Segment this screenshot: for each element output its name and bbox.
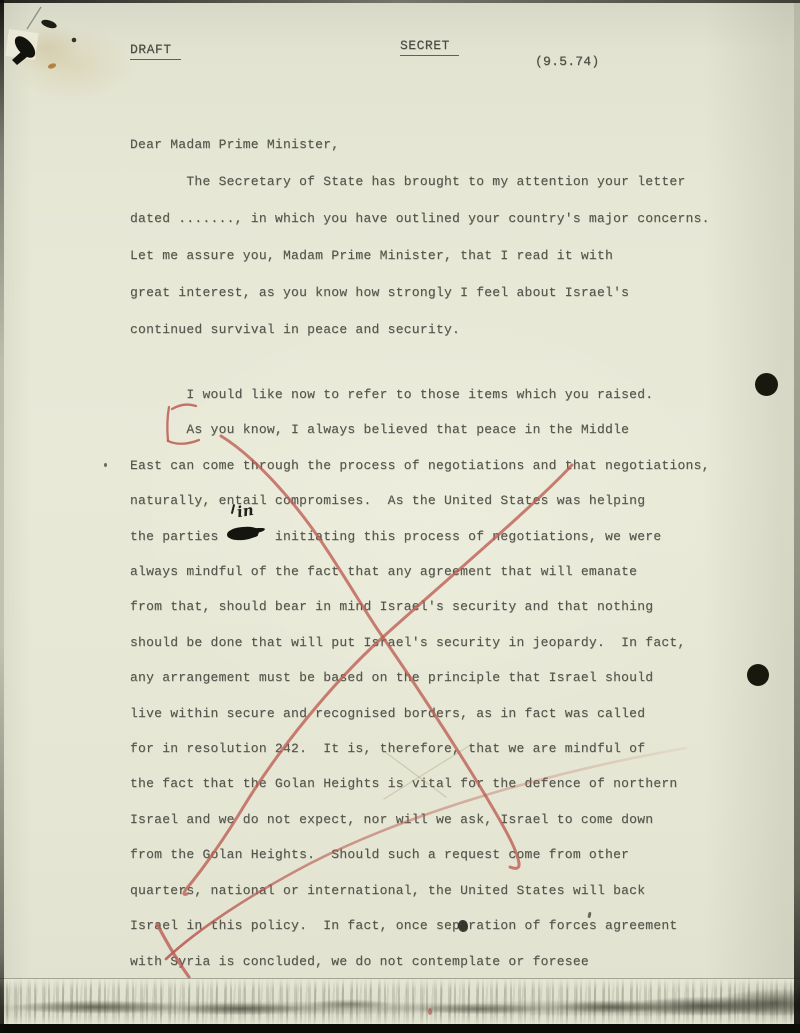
typed-line: live within secure and recognised border… <box>130 696 750 731</box>
ink-blot <box>0 0 120 95</box>
scan-edge-top <box>0 0 800 3</box>
handwritten-insertion: in <box>236 501 255 521</box>
ink-blot-main <box>11 33 39 62</box>
scratch-mark <box>27 7 41 29</box>
opening-paragraph: The Secretary of State has brought to my… <box>130 163 750 348</box>
scan-edge-left <box>0 0 4 1033</box>
typed-line: from that, should bear in mind Israel's … <box>130 589 750 624</box>
typed-line: quarters, national or international, the… <box>130 873 750 908</box>
document-page: DRAFT SECRET (9.5.74) Dear Madam Prime M… <box>0 0 800 1033</box>
classification-label: SECRET <box>400 38 459 56</box>
typed-line: The Secretary of State has brought to my… <box>130 163 750 200</box>
typed-line: from the Golan Heights. Should such a re… <box>130 837 750 872</box>
salutation: Dear Madam Prime Minister, <box>130 126 750 163</box>
typed-line: I would like now to refer to those items… <box>130 377 750 412</box>
typed-line: great interest, as you know how strongly… <box>130 274 750 311</box>
typed-line: should be done that will put Israel's se… <box>130 625 750 660</box>
typed-line: Israel and we do not expect, nor will we… <box>130 802 750 837</box>
typed-line: As you know, I always believed that peac… <box>130 412 750 447</box>
typed-line: any arrangement must be based on the pri… <box>130 660 750 695</box>
paper-patch <box>5 29 38 60</box>
typed-line: naturally, entail compromises. As the Un… <box>130 483 750 518</box>
stray-ink-dot <box>104 463 107 467</box>
ink-speck <box>72 38 77 43</box>
salutation-block: Dear Madam Prime Minister, <box>130 126 750 163</box>
typed-line: Let me assure you, Madam Prime Minister,… <box>130 237 750 274</box>
ink-blot-tail <box>12 51 27 65</box>
date-label: (9.5.74) <box>535 54 599 69</box>
draft-label: DRAFT <box>130 42 181 60</box>
main-paragraph: I would like now to refer to those items… <box>130 377 750 979</box>
rust-speck <box>47 62 57 69</box>
typed-line: for in resolution 242. It is, therefore,… <box>130 731 750 766</box>
typed-line: continued survival in peace and security… <box>130 311 750 348</box>
scan-noise-band <box>0 978 800 1025</box>
typed-line: East can come through the process of neg… <box>130 448 750 483</box>
scan-edge-right <box>794 0 800 1033</box>
typed-line: the fact that the Golan Heights is vital… <box>130 766 750 801</box>
ink-speck <box>40 18 57 30</box>
hole-punch-dot <box>747 664 769 686</box>
typed-line: always mindful of the fact that any agre… <box>130 554 750 589</box>
scan-bottom-bar <box>0 1024 800 1033</box>
typed-line: Israel in this policy. In fact, once sep… <box>130 908 750 943</box>
overstrike-blob <box>458 920 468 932</box>
hole-punch-dot <box>755 373 778 396</box>
typed-line: with Syria is concluded, we do not conte… <box>130 944 750 979</box>
typed-line: the parties initiating this process of n… <box>130 519 750 554</box>
typed-line: dated ......., in which you have outline… <box>130 200 750 237</box>
red-speck <box>428 1008 432 1015</box>
